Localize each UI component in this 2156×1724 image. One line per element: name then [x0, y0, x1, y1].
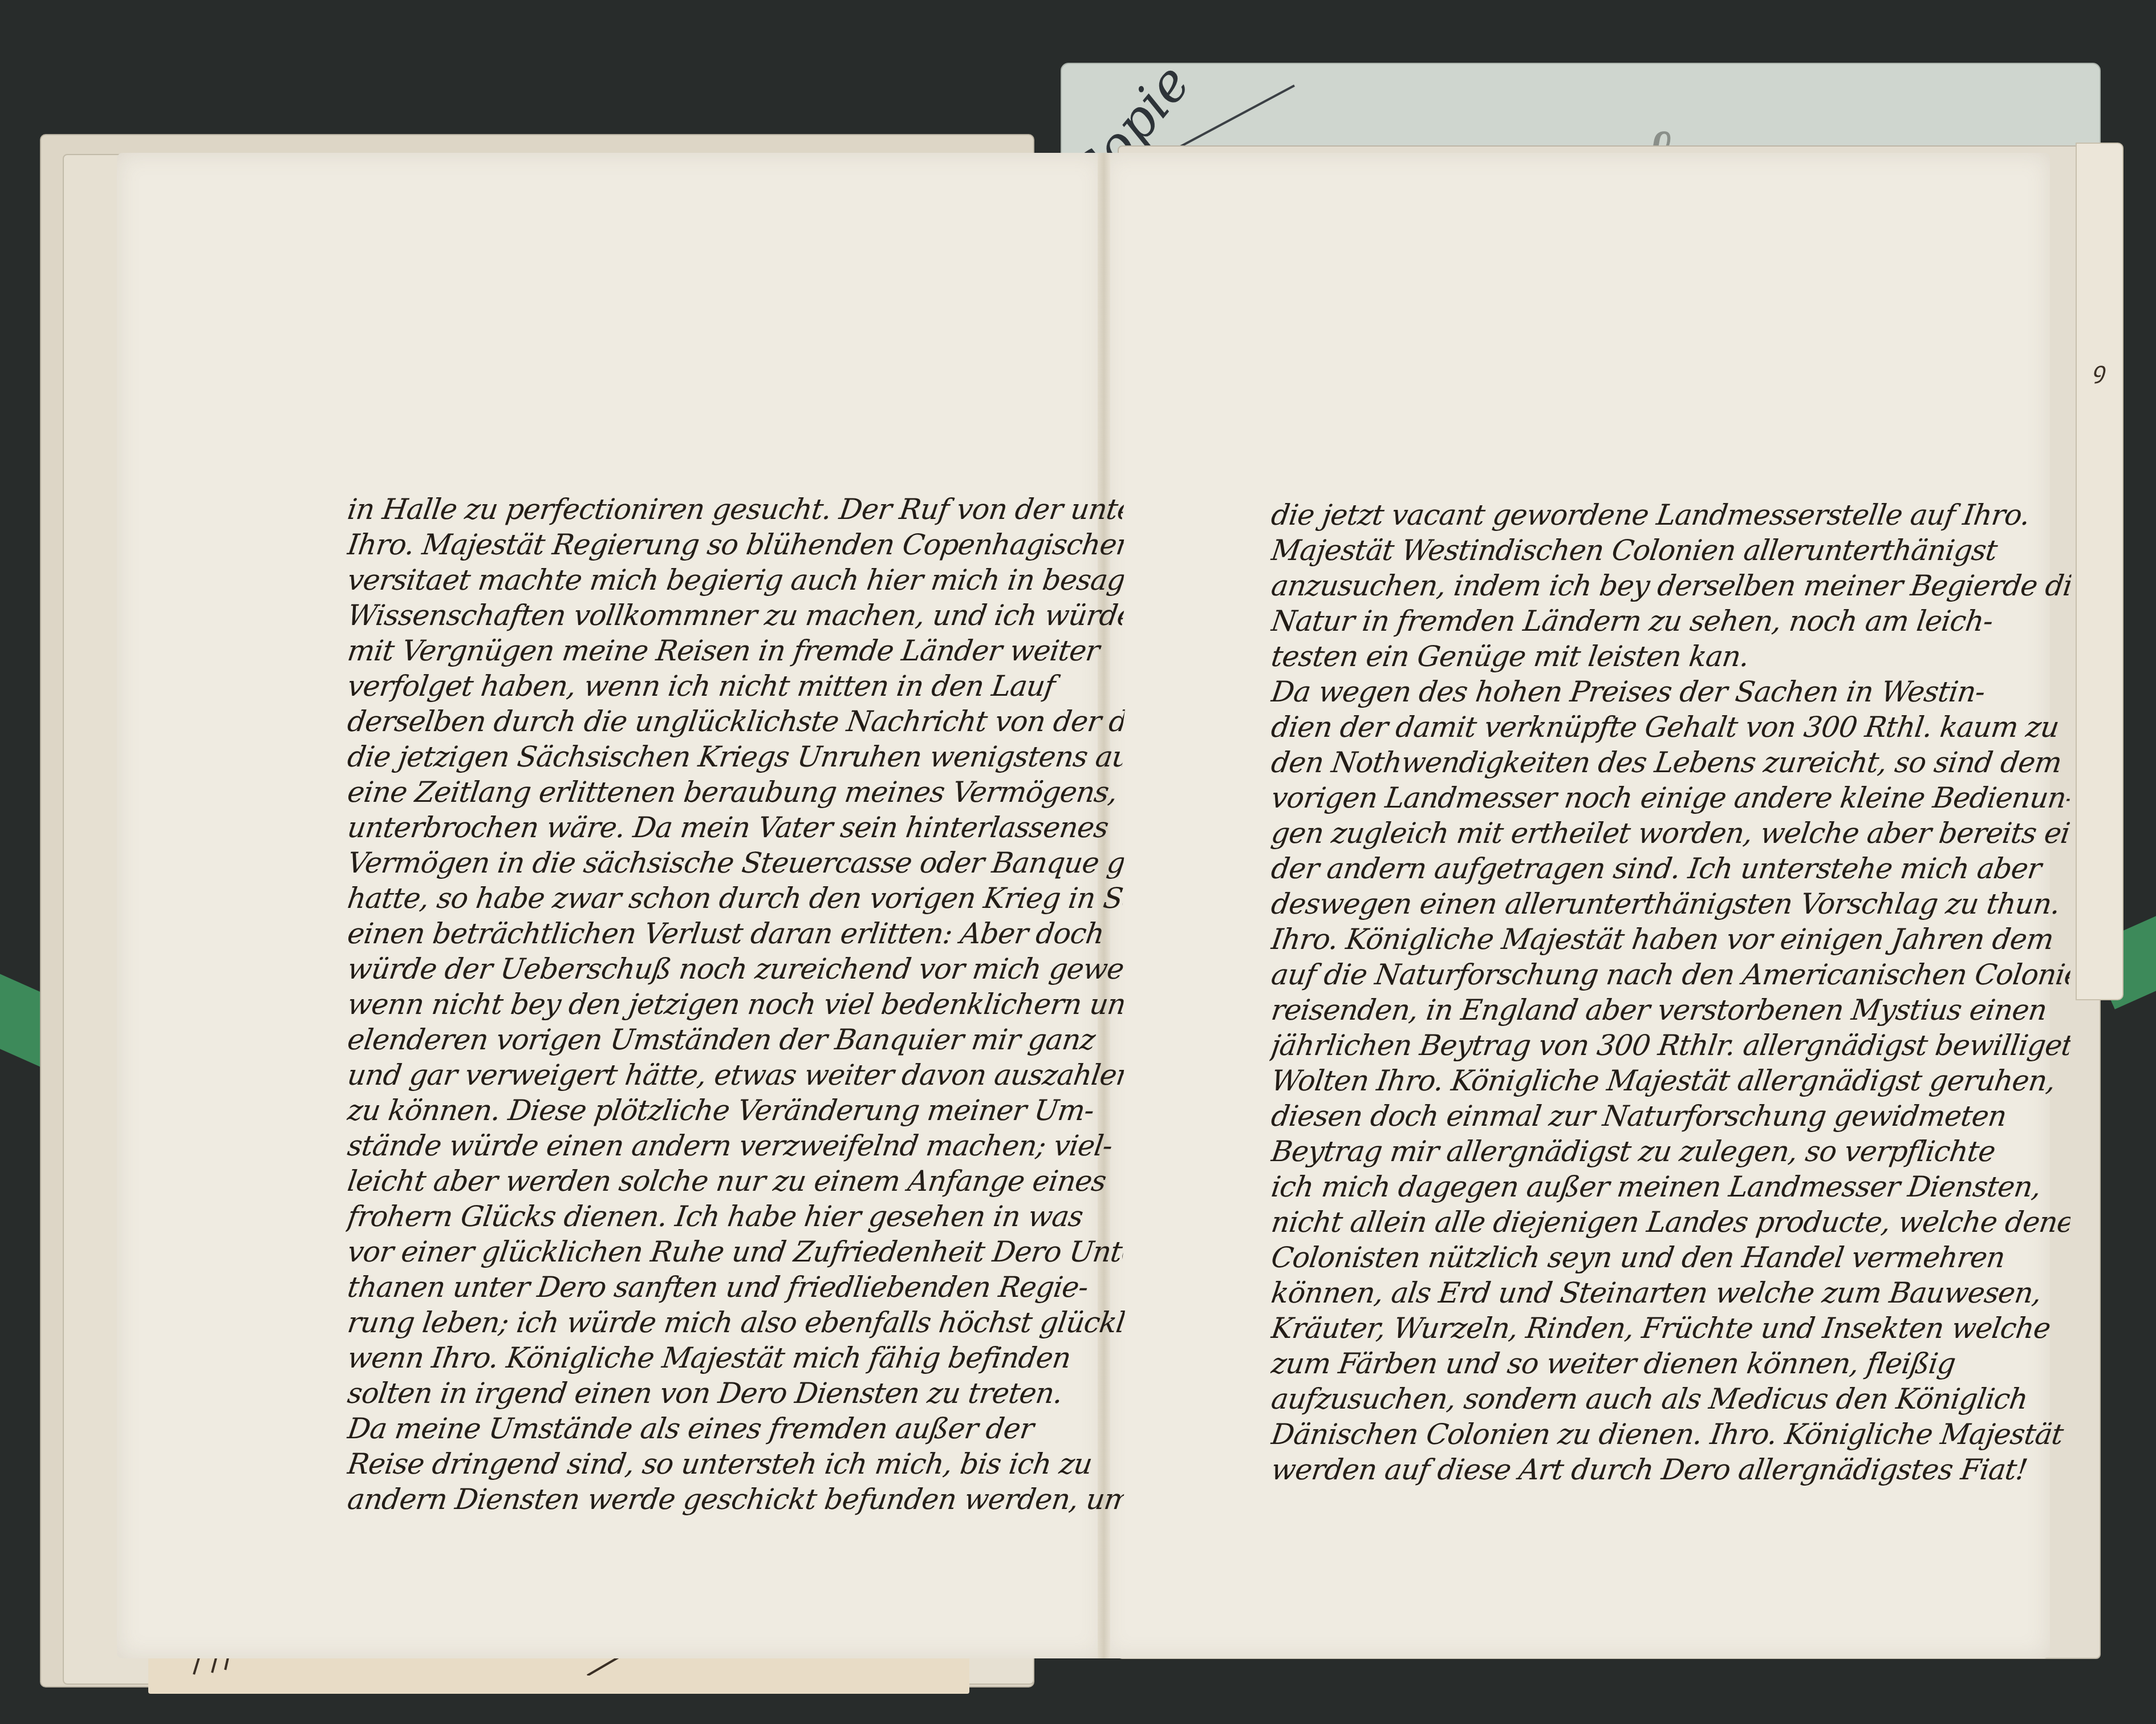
text-line: testen ein Genüge mit leisten kan. — [1269, 639, 2073, 674]
text-line: deswegen einen allerunterthänigsten Vors… — [1269, 886, 2073, 922]
text-line: unterbrochen wäre. Da mein Vater sein hi… — [346, 810, 1126, 845]
text-line: derselben durch die unglücklichste Nachr… — [346, 704, 1126, 739]
text-line: Dänischen Colonien zu dienen. Ihro. Köni… — [1269, 1417, 2073, 1452]
text-line: auf die Naturforschung nach den American… — [1269, 957, 2073, 992]
right-page-text: die jetzt vacant gewordene Landmesserste… — [1272, 497, 2070, 1487]
text-line: Wolten Ihro. Königliche Majestät allergn… — [1269, 1063, 2073, 1098]
text-line: Kräuter, Wurzeln, Rinden, Früchte und In… — [1269, 1311, 2073, 1346]
text-line: jährlichen Beytrag von 300 Rthlr. allerg… — [1269, 1028, 2073, 1063]
text-line: Da meine Umstände als eines fremden auße… — [346, 1411, 1126, 1446]
text-line: ich mich dagegen außer meinen Landmesser… — [1269, 1169, 2073, 1204]
text-line: Vermögen in die sächsische Steuercasse o… — [346, 845, 1126, 881]
right-side-tab — [2076, 143, 2123, 1000]
text-line: stände würde einen andern verzweifelnd m… — [346, 1128, 1126, 1163]
text-line: diesen doch einmal zur Naturforschung ge… — [1269, 1098, 2073, 1134]
text-line: der andern aufgetragen sind. Ich unterst… — [1269, 851, 2073, 886]
text-line: vor einer glücklichen Ruhe und Zufrieden… — [346, 1234, 1126, 1269]
text-line: den Nothwendigkeiten des Lebens zureicht… — [1269, 745, 2073, 780]
text-line: dien der damit verknüpfte Gehalt von 300… — [1269, 709, 2073, 745]
text-line: eine Zeitlang erlittenen beraubung meine… — [346, 774, 1126, 810]
text-line: Majestät Westindischen Colonien allerunt… — [1269, 533, 2073, 568]
text-line: werden auf diese Art durch Dero allergnä… — [1269, 1452, 2073, 1487]
text-line: vorigen Landmesser noch einige andere kl… — [1269, 780, 2073, 816]
text-line: thanen unter Dero sanften und friedliebe… — [346, 1269, 1126, 1305]
text-line: wenn Ihro. Königliche Majestät mich fähi… — [346, 1340, 1126, 1376]
text-line: Wissenschaften vollkommner zu machen, un… — [346, 598, 1126, 633]
text-line: in Halle zu perfectioniren gesucht. Der … — [346, 492, 1126, 527]
text-line: Ihro. Majestät Regierung so blühenden Co… — [346, 527, 1126, 562]
text-line: Natur in fremden Ländern zu sehen, noch … — [1269, 603, 2073, 639]
text-line: aufzusuchen, sondern auch als Medicus de… — [1269, 1381, 2073, 1417]
text-line: Reise dringend sind, so untersteh ich mi… — [346, 1446, 1126, 1482]
text-line: einen beträchtlichen Verlust daran erlit… — [346, 916, 1126, 951]
text-line: zum Färben und so weiter dienen können, … — [1269, 1346, 2073, 1381]
text-line: versitaet machte mich begierig auch hier… — [346, 562, 1126, 598]
text-line: elenderen vorigen Umständen der Banquier… — [346, 1022, 1126, 1057]
text-line: andern Diensten werde geschickt befunden… — [346, 1482, 1126, 1517]
text-line: mit Vergnügen meine Reisen in fremde Län… — [346, 633, 1126, 668]
text-line: Da wegen des hohen Preises der Sachen in… — [1269, 674, 2073, 709]
text-line: die jetzt vacant gewordene Landmesserste… — [1269, 497, 2073, 533]
text-line: solten in irgend einen von Dero Diensten… — [346, 1376, 1126, 1411]
text-line: Colonisten nützlich seyn und den Handel … — [1269, 1240, 2073, 1275]
text-line: gen zugleich mit ertheilet worden, welch… — [1269, 816, 2073, 851]
text-line: wenn nicht bey den jetzigen noch viel be… — [346, 987, 1126, 1022]
text-line: verfolget haben, wenn ich nicht mitten i… — [346, 668, 1126, 704]
text-line: reisenden, in England aber verstorbenen … — [1269, 992, 2073, 1028]
faint-bleed-through-heading — [502, 365, 958, 468]
text-line: hatte, so habe zwar schon durch den vori… — [346, 881, 1126, 916]
edge-annotation: ꝯ — [2092, 354, 2105, 385]
text-line: die jetzigen Sächsischen Kriegs Unruhen … — [346, 739, 1126, 774]
text-line: nicht allein alle diejenigen Landes prod… — [1269, 1204, 2073, 1240]
text-line: würde der Ueberschuß noch zureichend vor… — [346, 951, 1126, 987]
text-line: zu können. Diese plötzliche Veränderung … — [346, 1093, 1126, 1128]
text-line: können, als Erd und Steinarten welche zu… — [1269, 1275, 2073, 1311]
text-line: Beytrag mir allergnädigst zu zulegen, so… — [1269, 1134, 2073, 1169]
left-page-text: in Halle zu perfectioniren gesucht. Der … — [348, 492, 1123, 1517]
text-line: anzusuchen, indem ich bey derselben mein… — [1269, 568, 2073, 603]
text-line: leicht aber werden solche nur zu einem A… — [346, 1163, 1126, 1199]
text-line: frohern Glücks dienen. Ich habe hier ges… — [346, 1199, 1126, 1234]
text-line: Ihro. Königliche Majestät haben vor eini… — [1269, 922, 2073, 957]
text-line: und gar verweigert hätte, etwas weiter d… — [346, 1057, 1126, 1093]
text-line: rung leben; ich würde mich also ebenfall… — [346, 1305, 1126, 1340]
